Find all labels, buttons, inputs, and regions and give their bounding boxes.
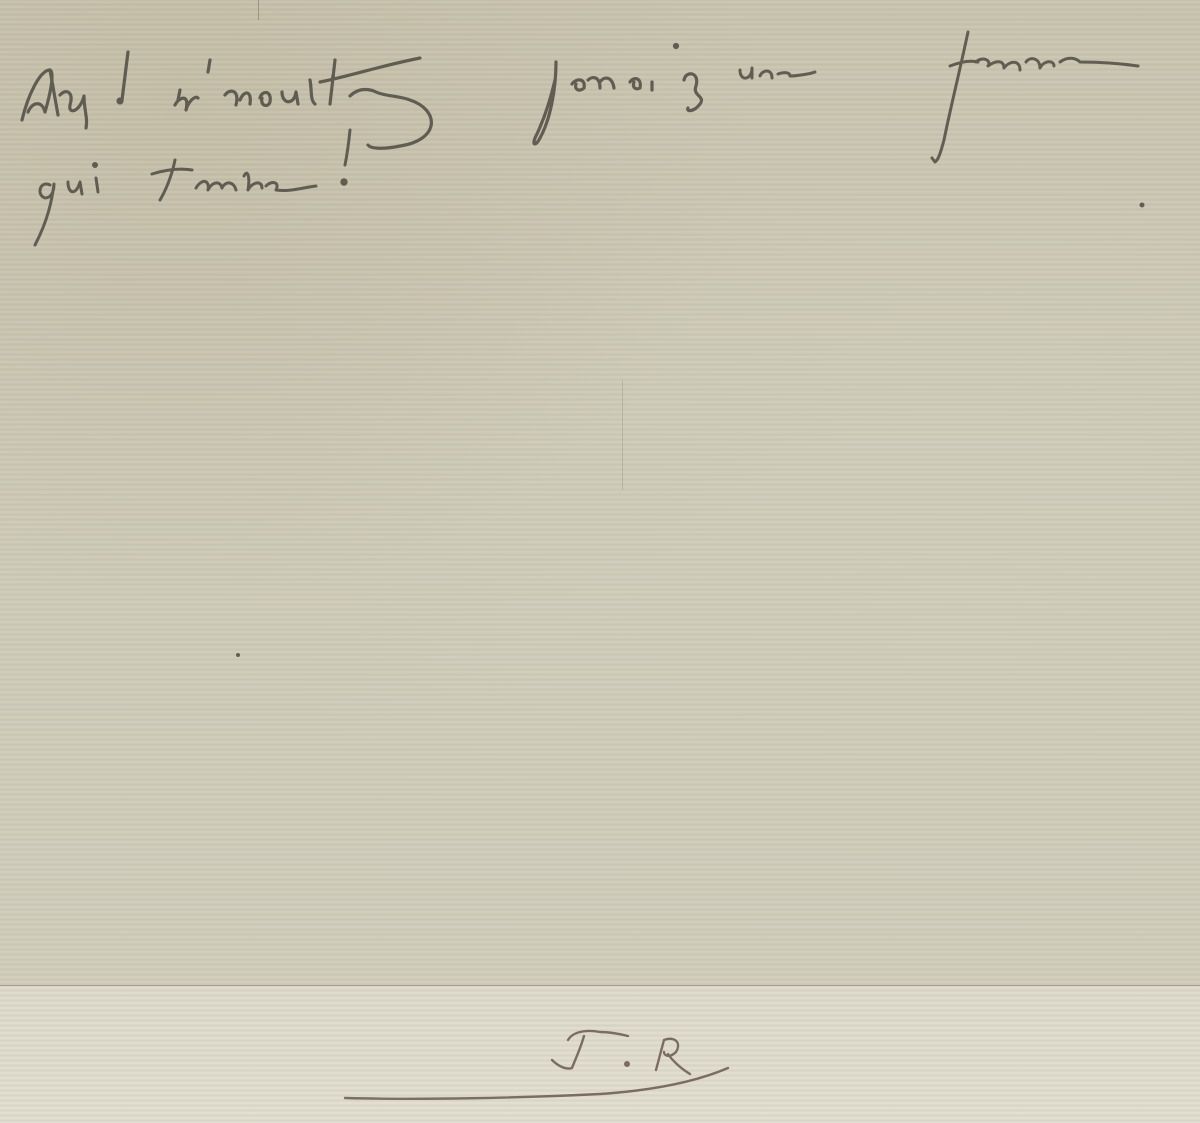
signature-jr xyxy=(345,1031,728,1099)
word-qui xyxy=(35,164,98,246)
word-ah xyxy=(22,52,128,128)
word-une xyxy=(740,68,815,78)
word-ninsultez xyxy=(175,58,431,148)
handwriting-strokes xyxy=(0,0,1200,1123)
word-jamais xyxy=(534,45,702,145)
word-femme xyxy=(932,32,1138,162)
word-tombe xyxy=(152,130,350,200)
